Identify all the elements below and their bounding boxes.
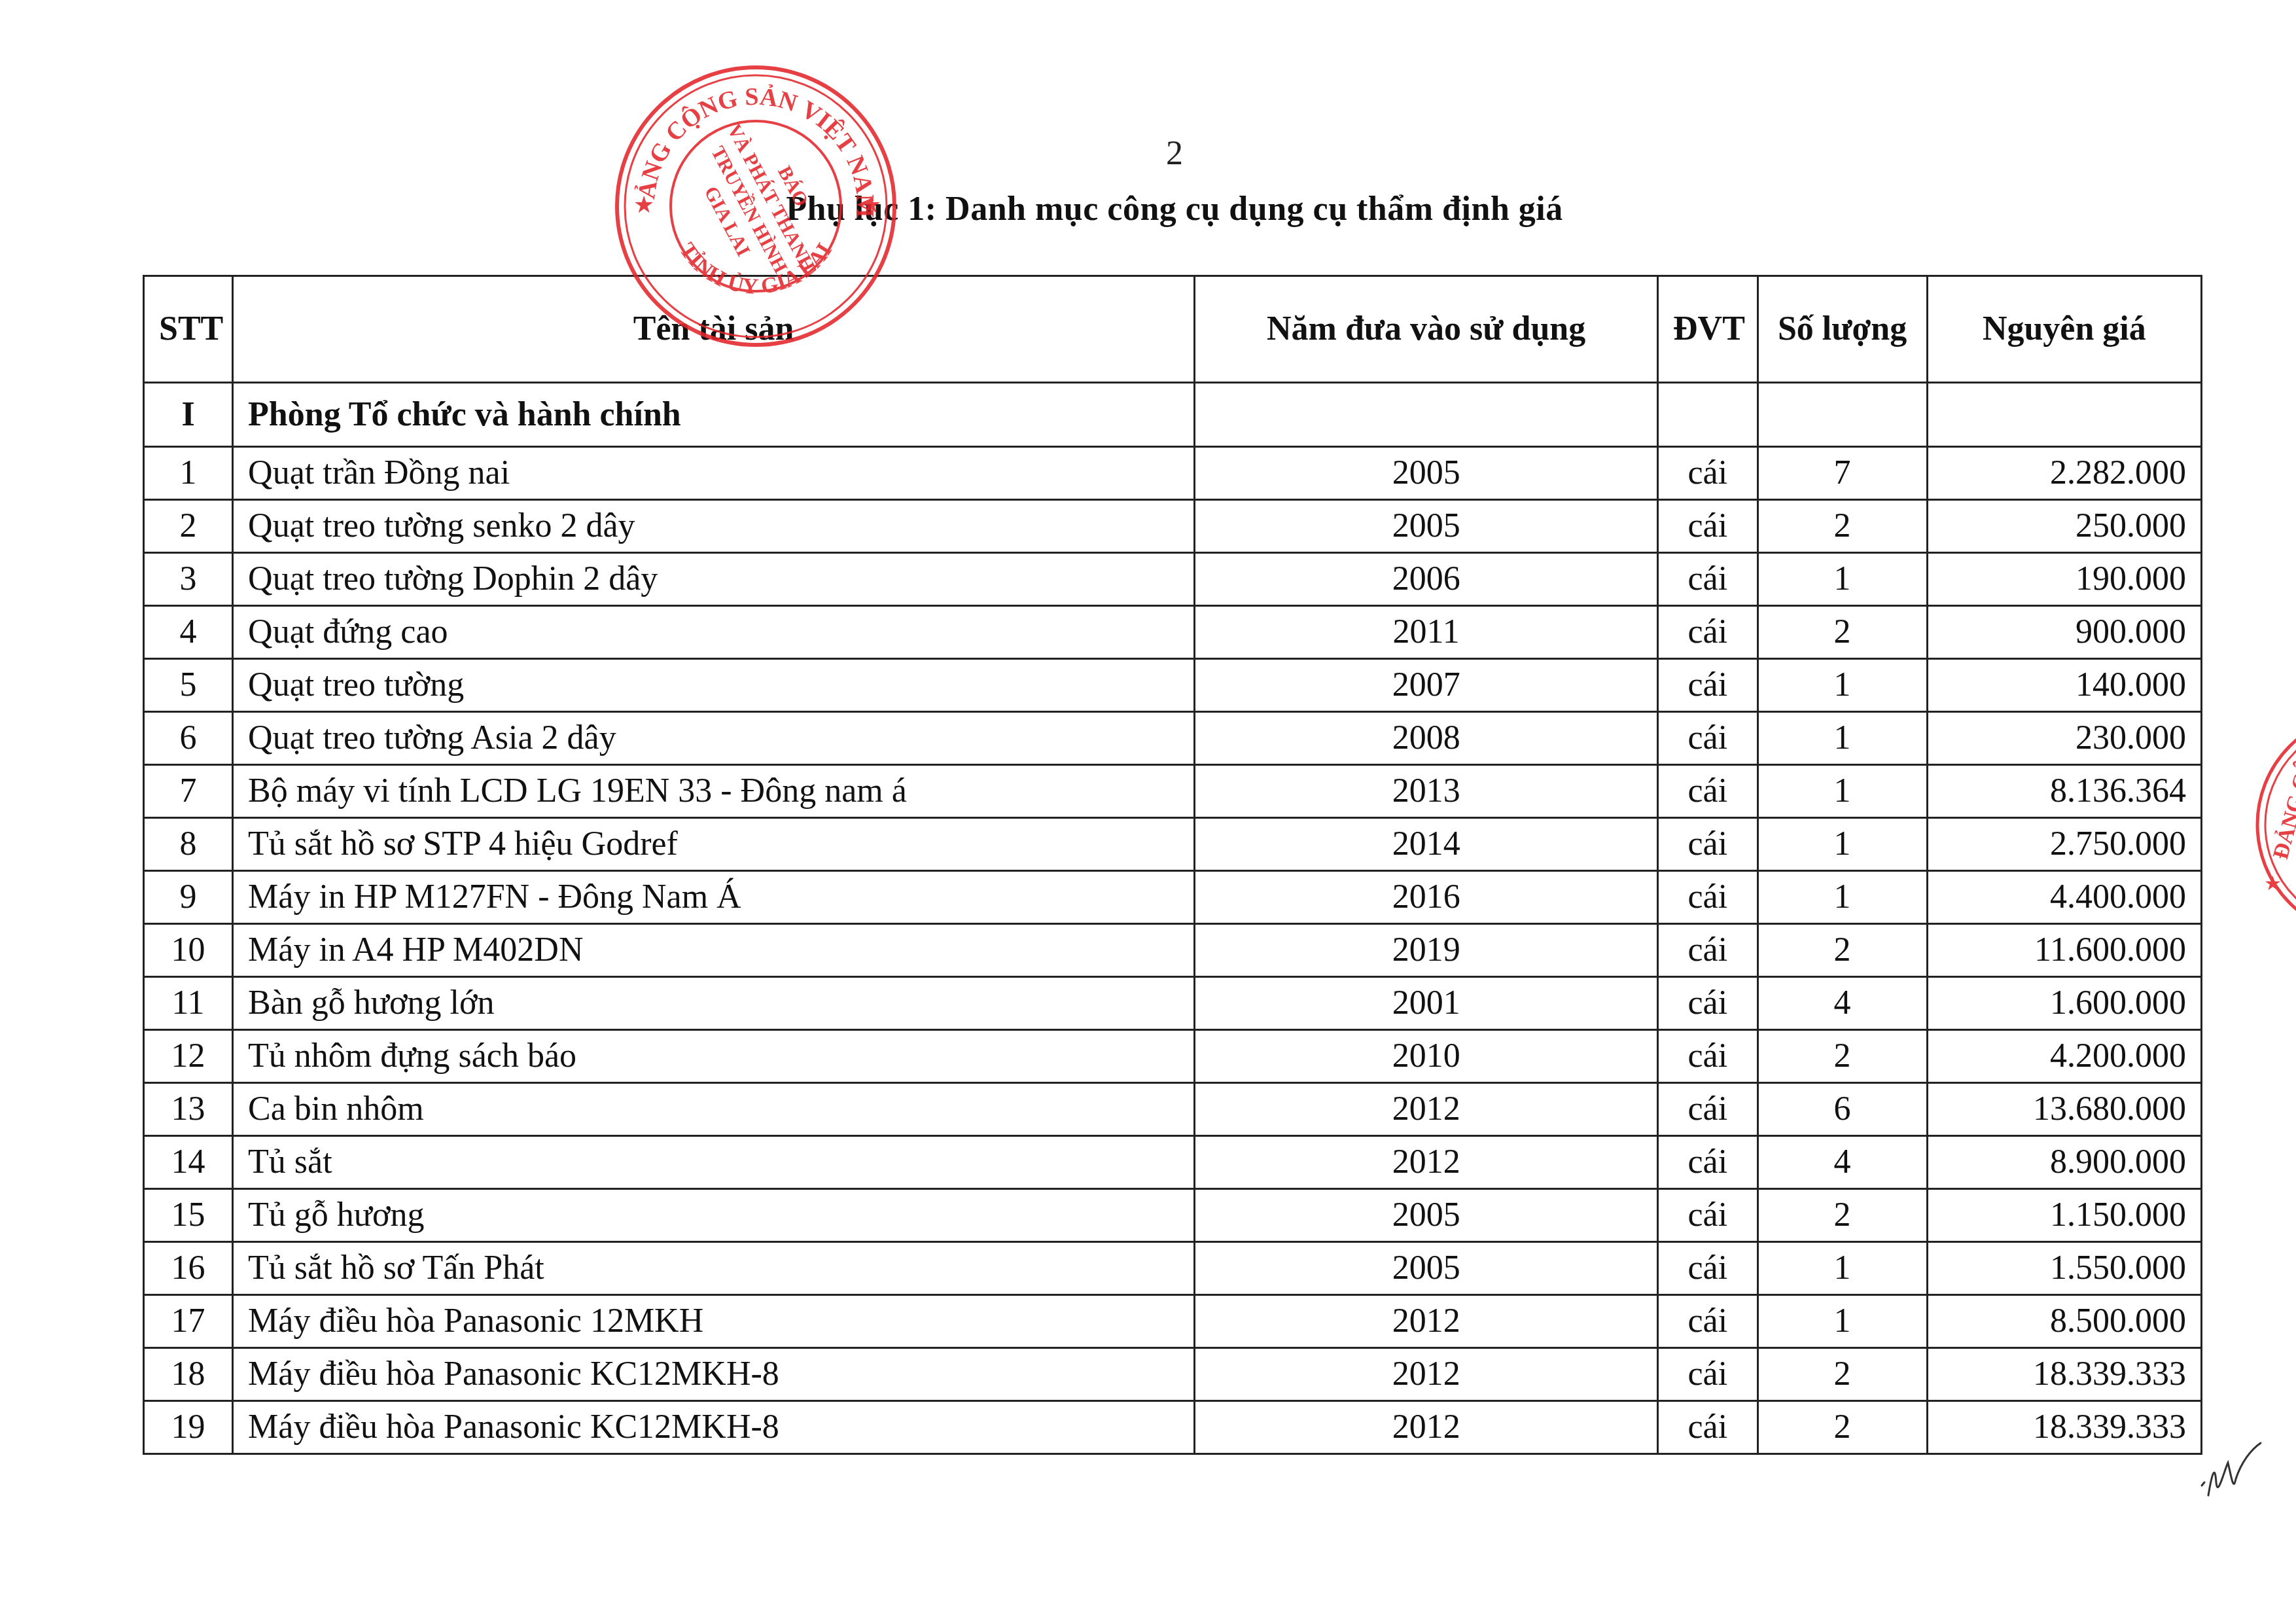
cell-original-price: 1.600.000 (1927, 977, 2201, 1030)
cell-unit: cái (1658, 1348, 1757, 1401)
header-quantity: Số lượng (1757, 276, 1927, 383)
cell-stt: 11 (144, 977, 233, 1030)
cell-original-price: 230.000 (1927, 712, 2201, 765)
cell-unit: cái (1658, 659, 1757, 712)
cell-original-price: 4.400.000 (1927, 871, 2201, 924)
cell-quantity: 2 (1757, 1348, 1927, 1401)
cell-original-price: 11.600.000 (1927, 924, 2201, 977)
cell-unit: cái (1658, 1189, 1757, 1242)
cell-quantity: 1 (1757, 1242, 1927, 1295)
cell-stt: 10 (144, 924, 233, 977)
cell-stt: 7 (144, 765, 233, 818)
table-row: 14Tủ sắt2012cái48.900.000 (144, 1136, 2202, 1189)
cell-year: 2013 (1195, 765, 1658, 818)
cell-asset-name: Tủ nhôm đựng sách báo (233, 1030, 1195, 1083)
cell-original-price: 1.150.000 (1927, 1189, 2201, 1242)
star-icon: ★ (2264, 873, 2282, 895)
cell-unit: cái (1658, 1401, 1757, 1454)
cell-quantity: 2 (1757, 1030, 1927, 1083)
cell-original-price: 8.500.000 (1927, 1295, 2201, 1348)
cell-unit: cái (1658, 500, 1757, 553)
cell-asset-name: Quạt treo tường senko 2 dây (233, 500, 1195, 553)
cell-unit: cái (1658, 1242, 1757, 1295)
table-row: 15Tủ gỗ hương2005cái21.150.000 (144, 1189, 2202, 1242)
cell-quantity: 7 (1757, 447, 1927, 500)
cell-quantity: 1 (1757, 765, 1927, 818)
cell-asset-name: Máy điều hòa Panasonic KC12MKH-8 (233, 1401, 1195, 1454)
cell-stt: 3 (144, 553, 233, 606)
section-name: Phòng Tổ chức và hành chính (233, 383, 1195, 447)
cell-asset-name: Quạt treo tường Asia 2 dây (233, 712, 1195, 765)
cell-quantity: 1 (1757, 553, 1927, 606)
header-unit: ĐVT (1658, 276, 1757, 383)
table-row: 4Quạt đứng cao2011cái2900.000 (144, 606, 2202, 659)
cell-quantity: 1 (1757, 712, 1927, 765)
cell-unit: cái (1658, 553, 1757, 606)
table-row: 11Bàn gỗ hương lớn2001cái41.600.000 (144, 977, 2202, 1030)
cell-year: 2012 (1195, 1348, 1658, 1401)
cell-quantity: 1 (1757, 871, 1927, 924)
table-row: 12Tủ nhôm đựng sách báo2010cái24.200.000 (144, 1030, 2202, 1083)
header-stt: STT (144, 276, 233, 383)
cell-year: 2016 (1195, 871, 1658, 924)
cell-quantity: 4 (1757, 1136, 1927, 1189)
cell-year: 2006 (1195, 553, 1658, 606)
cell-asset-name: Quạt treo tường Dophin 2 dây (233, 553, 1195, 606)
cell-original-price: 18.339.333 (1927, 1401, 2201, 1454)
table-row: 8Tủ sắt hồ sơ STP 4 hiệu Godref2014cái12… (144, 818, 2202, 871)
cell-year: 2005 (1195, 1242, 1658, 1295)
cell-unit: cái (1658, 871, 1757, 924)
cell-stt: 8 (144, 818, 233, 871)
cell-year: 2012 (1195, 1401, 1658, 1454)
cell-unit: cái (1658, 1030, 1757, 1083)
cell-stt: 6 (144, 712, 233, 765)
cell-stt: 15 (144, 1189, 233, 1242)
cell-unit: cái (1658, 1295, 1757, 1348)
cell-asset-name: Tủ gỗ hương (233, 1189, 1195, 1242)
cell-asset-name: Tủ sắt hồ sơ STP 4 hiệu Godref (233, 818, 1195, 871)
table-row: 9Máy in HP M127FN - Đông Nam Á2016cái14.… (144, 871, 2202, 924)
cell-original-price: 900.000 (1927, 606, 2201, 659)
cell-asset-name: Quạt trần Đồng nai (233, 447, 1195, 500)
cell-asset-name: Máy điều hòa Panasonic 12MKH (233, 1295, 1195, 1348)
cell-unit: cái (1658, 977, 1757, 1030)
cell-original-price: 1.550.000 (1927, 1242, 2201, 1295)
cell-asset-name: Máy điều hòa Panasonic KC12MKH-8 (233, 1348, 1195, 1401)
cell-stt: 16 (144, 1242, 233, 1295)
cell-year: 2014 (1195, 818, 1658, 871)
table-row: 5Quạt treo tường2007cái1140.000 (144, 659, 2202, 712)
cell-unit: cái (1658, 924, 1757, 977)
asset-table: STT Tên tài sản Năm đưa vào sử dụng ĐVT … (143, 275, 2202, 1455)
cell-original-price: 8.136.364 (1927, 765, 2201, 818)
cell-year: 2012 (1195, 1083, 1658, 1136)
header-asset-name: Tên tài sản (233, 276, 1195, 383)
cell-asset-name: Bộ máy vi tính LCD LG 19EN 33 - Đông nam… (233, 765, 1195, 818)
cell-original-price: 2.282.000 (1927, 447, 2201, 500)
official-stamp-partial: ĐẢNG CỘ ★ (2238, 694, 2296, 955)
cell-year: 2005 (1195, 1189, 1658, 1242)
cell-stt: 14 (144, 1136, 233, 1189)
cell-year: 2012 (1195, 1136, 1658, 1189)
header-year-in-use: Năm đưa vào sử dụng (1195, 276, 1658, 383)
handwritten-initials (2195, 1436, 2274, 1508)
stamp-edge-text: ĐẢNG CỘ (2268, 755, 2296, 862)
table-header-row: STT Tên tài sản Năm đưa vào sử dụng ĐVT … (144, 276, 2202, 383)
cell-year: 2008 (1195, 712, 1658, 765)
cell-year: 2012 (1195, 1295, 1658, 1348)
cell-original-price: 250.000 (1927, 500, 2201, 553)
section-stt: I (144, 383, 233, 447)
cell-unit: cái (1658, 712, 1757, 765)
cell-year: 2005 (1195, 447, 1658, 500)
table-row: 17Máy điều hòa Panasonic 12MKH2012cái18.… (144, 1295, 2202, 1348)
cell-asset-name: Tủ sắt (233, 1136, 1195, 1189)
cell-asset-name: Ca bin nhôm (233, 1083, 1195, 1136)
cell-original-price: 8.900.000 (1927, 1136, 2201, 1189)
cell-unit: cái (1658, 765, 1757, 818)
cell-stt: 1 (144, 447, 233, 500)
cell-original-price: 4.200.000 (1927, 1030, 2201, 1083)
cell-original-price: 190.000 (1927, 553, 2201, 606)
cell-quantity: 2 (1757, 606, 1927, 659)
cell-stt: 12 (144, 1030, 233, 1083)
cell-quantity: 4 (1757, 977, 1927, 1030)
document-title: Phụ lục 1: Danh mục công cụ dụng cụ thẩm… (0, 190, 2296, 228)
cell-stt: 2 (144, 500, 233, 553)
table-row: 2Quạt treo tường senko 2 dây2005cái2250.… (144, 500, 2202, 553)
table-row: 7Bộ máy vi tính LCD LG 19EN 33 - Đông na… (144, 765, 2202, 818)
page-number: 2 (0, 134, 2296, 173)
cell-asset-name: Quạt treo tường (233, 659, 1195, 712)
cell-original-price: 140.000 (1927, 659, 2201, 712)
cell-year: 2001 (1195, 977, 1658, 1030)
cell-stt: 13 (144, 1083, 233, 1136)
cell-stt: 5 (144, 659, 233, 712)
cell-stt: 17 (144, 1295, 233, 1348)
cell-asset-name: Máy in HP M127FN - Đông Nam Á (233, 871, 1195, 924)
cell-year: 2010 (1195, 1030, 1658, 1083)
cell-stt: 19 (144, 1401, 233, 1454)
cell-asset-name: Bàn gỗ hương lớn (233, 977, 1195, 1030)
table-row: 18Máy điều hòa Panasonic KC12MKH-82012cá… (144, 1348, 2202, 1401)
table-row: 3Quạt treo tường Dophin 2 dây2006cái1190… (144, 553, 2202, 606)
cell-quantity: 2 (1757, 924, 1927, 977)
cell-quantity: 6 (1757, 1083, 1927, 1136)
cell-unit: cái (1658, 447, 1757, 500)
cell-unit: cái (1658, 606, 1757, 659)
cell-unit: cái (1658, 1083, 1757, 1136)
cell-year: 2019 (1195, 924, 1658, 977)
cell-year: 2005 (1195, 500, 1658, 553)
table-row: 16Tủ sắt hồ sơ Tấn Phát2005cái11.550.000 (144, 1242, 2202, 1295)
table-row: 19Máy điều hòa Panasonic KC12MKH-82012cá… (144, 1401, 2202, 1454)
cell-asset-name: Quạt đứng cao (233, 606, 1195, 659)
table-row: 13Ca bin nhôm2012cái613.680.000 (144, 1083, 2202, 1136)
cell-quantity: 1 (1757, 818, 1927, 871)
header-original-price: Nguyên giá (1927, 276, 2201, 383)
table-row: 6Quạt treo tường Asia 2 dây2008cái1230.0… (144, 712, 2202, 765)
cell-unit: cái (1658, 1136, 1757, 1189)
table-row: 1Quạt trần Đồng nai2005cái72.282.000 (144, 447, 2202, 500)
cell-stt: 4 (144, 606, 233, 659)
cell-stt: 18 (144, 1348, 233, 1401)
cell-original-price: 13.680.000 (1927, 1083, 2201, 1136)
cell-quantity: 2 (1757, 500, 1927, 553)
cell-unit: cái (1658, 818, 1757, 871)
cell-quantity: 1 (1757, 659, 1927, 712)
cell-asset-name: Tủ sắt hồ sơ Tấn Phát (233, 1242, 1195, 1295)
section-row: I Phòng Tổ chức và hành chính (144, 383, 2202, 447)
cell-asset-name: Máy in A4 HP M402DN (233, 924, 1195, 977)
table-row: 10Máy in A4 HP M402DN2019cái211.600.000 (144, 924, 2202, 977)
cell-quantity: 2 (1757, 1401, 1927, 1454)
cell-year: 2011 (1195, 606, 1658, 659)
cell-original-price: 18.339.333 (1927, 1348, 2201, 1401)
cell-quantity: 1 (1757, 1295, 1927, 1348)
cell-original-price: 2.750.000 (1927, 818, 2201, 871)
cell-quantity: 2 (1757, 1189, 1927, 1242)
cell-year: 2007 (1195, 659, 1658, 712)
cell-stt: 9 (144, 871, 233, 924)
